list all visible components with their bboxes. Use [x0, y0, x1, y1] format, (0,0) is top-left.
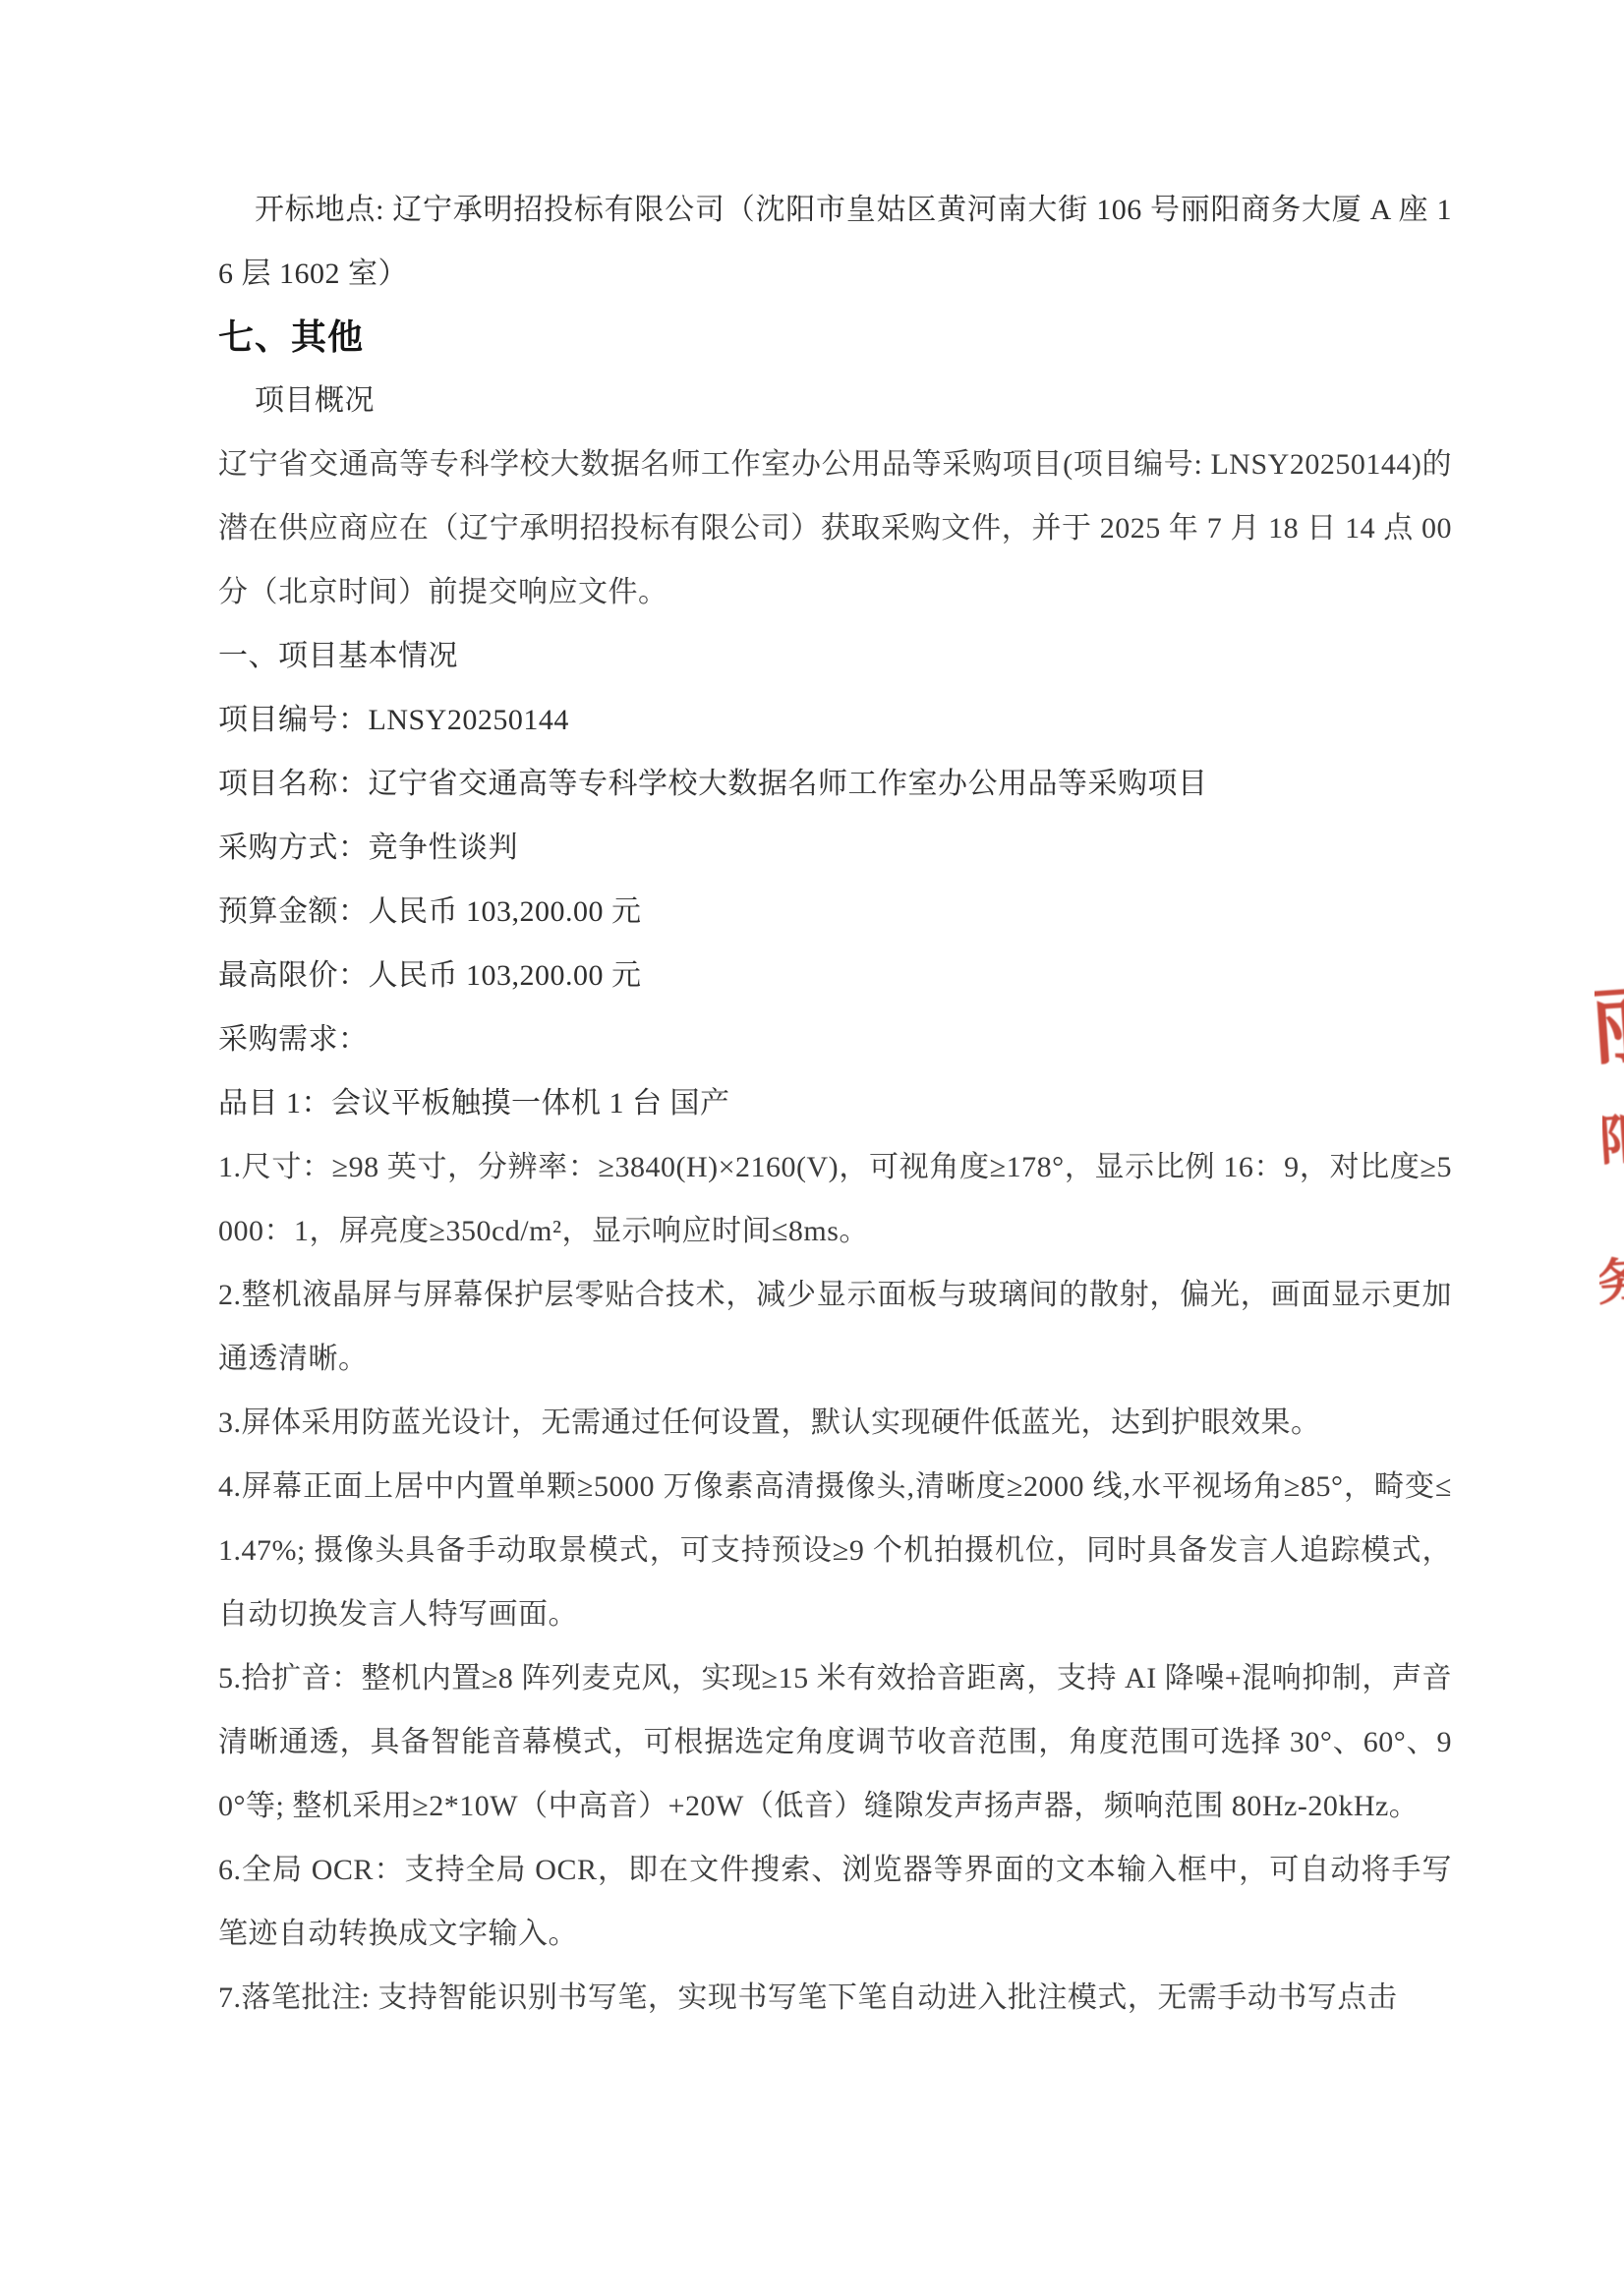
project-overview-label: 项目概况 [218, 369, 1452, 432]
document-content: 开标地点: 辽宁承明招投标有限公司（沈阳市皇姑区黄河南大街 106 号丽阳商务大… [218, 178, 1452, 2030]
section-heading-other: 七、其他 [218, 306, 1452, 369]
procurement-method: 采购方式：竞争性谈判 [218, 816, 1452, 880]
spec-4-camera: 4.屏幕正面上居中内置单颗≥5000 万像素高清摄像头,清晰度≥2000 线,水… [218, 1455, 1452, 1646]
red-seal-fragment: 丨 [1611, 1179, 1624, 1223]
spec-6-global-ocr: 6.全局 OCR：支持全局 OCR，即在文件搜索、浏览器等界面的文本输入框中，可… [218, 1838, 1452, 1966]
bid-opening-location: 开标地点: 辽宁承明招投标有限公司（沈阳市皇姑区黄河南大街 106 号丽阳商务大… [218, 178, 1452, 306]
project-number: 项目编号：LNSY20250144 [218, 688, 1452, 752]
max-price: 最高限价：人民币 103,200.00 元 [218, 944, 1452, 1007]
seal-glyph: 阳 [1602, 1113, 1624, 1171]
section-heading-basic-info: 一、项目基本情况 [218, 624, 1452, 688]
red-seal-fragment: 阳 [1602, 1113, 1624, 1174]
spec-1-display: 1.尺寸：≥98 英寸，分辨率：≥3840(H)×2160(V)，可视角度≥17… [218, 1135, 1452, 1263]
spec-3-low-bluelight: 3.屏体采用防蓝光设计，无需通过任何设置，默认实现硬件低蓝光，达到护眼效果。 [218, 1391, 1452, 1455]
red-seal-fragment: 丽 [1595, 973, 1624, 1091]
project-name: 项目名称：辽宁省交通高等专科学校大数据名师工作室办公用品等采购项目 [218, 752, 1452, 816]
seal-glyph: 丽 [1595, 973, 1624, 1082]
project-overview-text: 辽宁省交通高等专科学校大数据名师工作室办公用品等采购项目(项目编号: LNSY2… [218, 432, 1452, 624]
red-seal-fragment: 务 [1599, 1256, 1624, 1313]
spec-5-audio: 5.拾扩音：整机内置≥8 阵列麦克风，实现≥15 米有效拾音距离，支持 AI 降… [218, 1646, 1452, 1838]
budget-amount: 预算金额：人民币 103,200.00 元 [218, 880, 1452, 944]
spec-2-lamination: 2.整机液晶屏与屏幕保护层零贴合技术，减少显示面板与玻璃间的散射，偏光，画面显示… [218, 1263, 1452, 1391]
item-1-title: 品目 1：会议平板触摸一体机 1 台 国产 [218, 1071, 1452, 1135]
procurement-requirements-label: 采购需求： [218, 1007, 1452, 1071]
seal-glyph: 丨 [1611, 1179, 1624, 1221]
document-page: 开标地点: 辽宁承明招投标有限公司（沈阳市皇姑区黄河南大街 106 号丽阳商务大… [0, 0, 1624, 2296]
spec-7-pen-annotate: 7.落笔批注: 支持智能识别书写笔，实现书写笔下笔自动进入批注模式，无需手动书写… [218, 1966, 1452, 2030]
seal-glyph: 务 [1599, 1256, 1624, 1310]
